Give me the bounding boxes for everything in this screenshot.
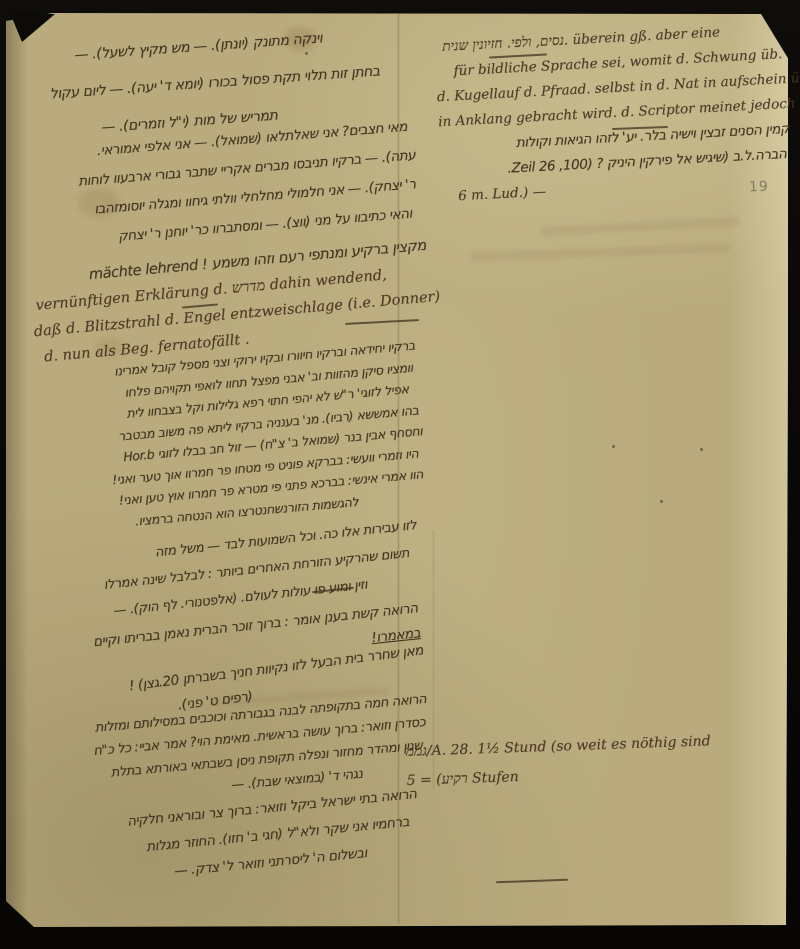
- handwriting-block-d: ברקיו יחידאה וברקיו חיוורו ובקיו ירוקי ו…: [5, 334, 428, 541]
- paper-speck: [612, 445, 615, 448]
- paper-speck: [660, 500, 663, 503]
- paper-speck: [700, 448, 703, 451]
- scan-background: וינקה מתונק (יונתן). — מש מקיץ לשעל). — …: [0, 0, 800, 949]
- handwriting-block-margin-note: גממ/A. 28. 1½ Stund (so weit es nöthig s…: [405, 728, 687, 796]
- handwriting-block-german-note: נסים, ולפי. חזיונין שנית. überein gß. ab…: [434, 17, 793, 210]
- page-number-stamp: 19: [749, 179, 769, 196]
